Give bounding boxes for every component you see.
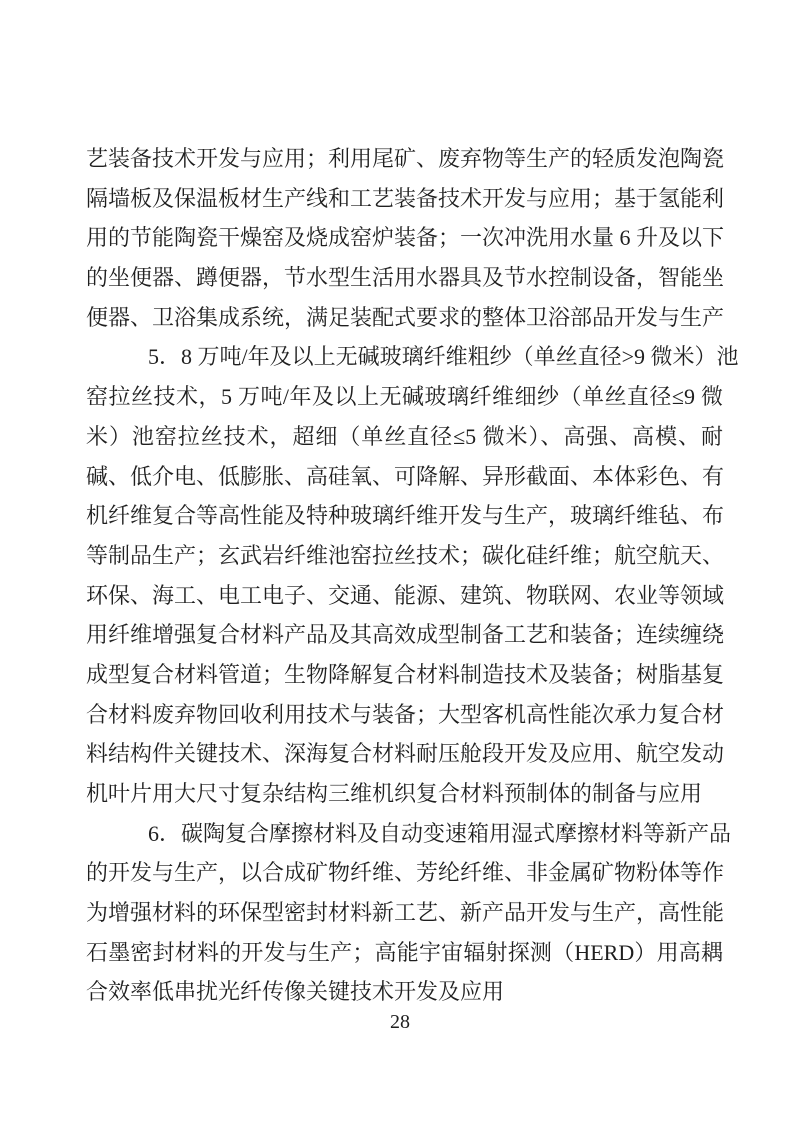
page-number: 28 [0,1010,800,1034]
text-line: 机叶片用大尺寸复杂结构三维机织复合材料预制体的制备与应用 [86,774,723,814]
text-line: 料结构件关键技术、深海复合材料耐压舱段开发及应用、航空发动 [86,734,723,774]
text-line: 用的节能陶瓷干燥窑及烧成窑炉装备；一次冲洗用水量 6 升及以下 [86,218,723,258]
text-line: 5．8 万吨/年及以上无碱玻璃纤维粗纱（单丝直径>9 微米）池 [86,337,723,377]
text-line: 环保、海工、电工电子、交通、能源、建筑、物联网、农业等领域 [86,576,723,616]
text-line: 合效率低串扰光纤传像关键技术开发及应用 [86,972,723,1012]
text-line: 机纤维复合等高性能及特种玻璃纤维开发与生产，玻璃纤维毡、布 [86,496,723,536]
text-line: 艺装备技术开发与应用；利用尾矿、废弃物等生产的轻质发泡陶瓷 [86,139,723,179]
body-text: 艺装备技术开发与应用；利用尾矿、废弃物等生产的轻质发泡陶瓷隔墙板及保温板材生产线… [86,139,723,1012]
text-line: 用纤维增强复合材料产品及其高效成型制备工艺和装备；连续缠绕 [86,615,723,655]
text-line: 窑拉丝技术，5 万吨/年及以上无碱玻璃纤维细纱（单丝直径≤9 微 [86,377,723,417]
text-line: 成型复合材料管道；生物降解复合材料制造技术及装备；树脂基复 [86,655,723,695]
text-line: 合材料废弃物回收利用技术与装备；大型客机高性能次承力复合材 [86,695,723,735]
text-line: 石墨密封材料的开发与生产；高能宇宙辐射探测（HERD）用高耦 [86,933,723,973]
document-page: 艺装备技术开发与应用；利用尾矿、废弃物等生产的轻质发泡陶瓷隔墙板及保温板材生产线… [0,0,800,1131]
text-line: 6．碳陶复合摩擦材料及自动变速箱用湿式摩擦材料等新产品 [86,814,723,854]
text-line: 的坐便器、蹲便器，节水型生活用水器具及节水控制设备，智能坐 [86,258,723,298]
text-line: 等制品生产；玄武岩纤维池窑拉丝技术；碳化硅纤维；航空航天、 [86,536,723,576]
text-line: 为增强材料的环保型密封材料新工艺、新产品开发与生产，高性能 [86,893,723,933]
text-line: 米）池窑拉丝技术，超细（单丝直径≤5 微米）、高强、高模、耐 [86,417,723,457]
text-line: 碱、低介电、低膨胀、高硅氧、可降解、异形截面、本体彩色、有 [86,457,723,497]
text-line: 的开发与生产，以合成矿物纤维、芳纶纤维、非金属矿物粉体等作 [86,853,723,893]
text-line: 便器、卫浴集成系统，满足装配式要求的整体卫浴部品开发与生产 [86,298,723,338]
text-line: 隔墙板及保温板材生产线和工艺装备技术开发与应用；基于氢能利 [86,179,723,219]
